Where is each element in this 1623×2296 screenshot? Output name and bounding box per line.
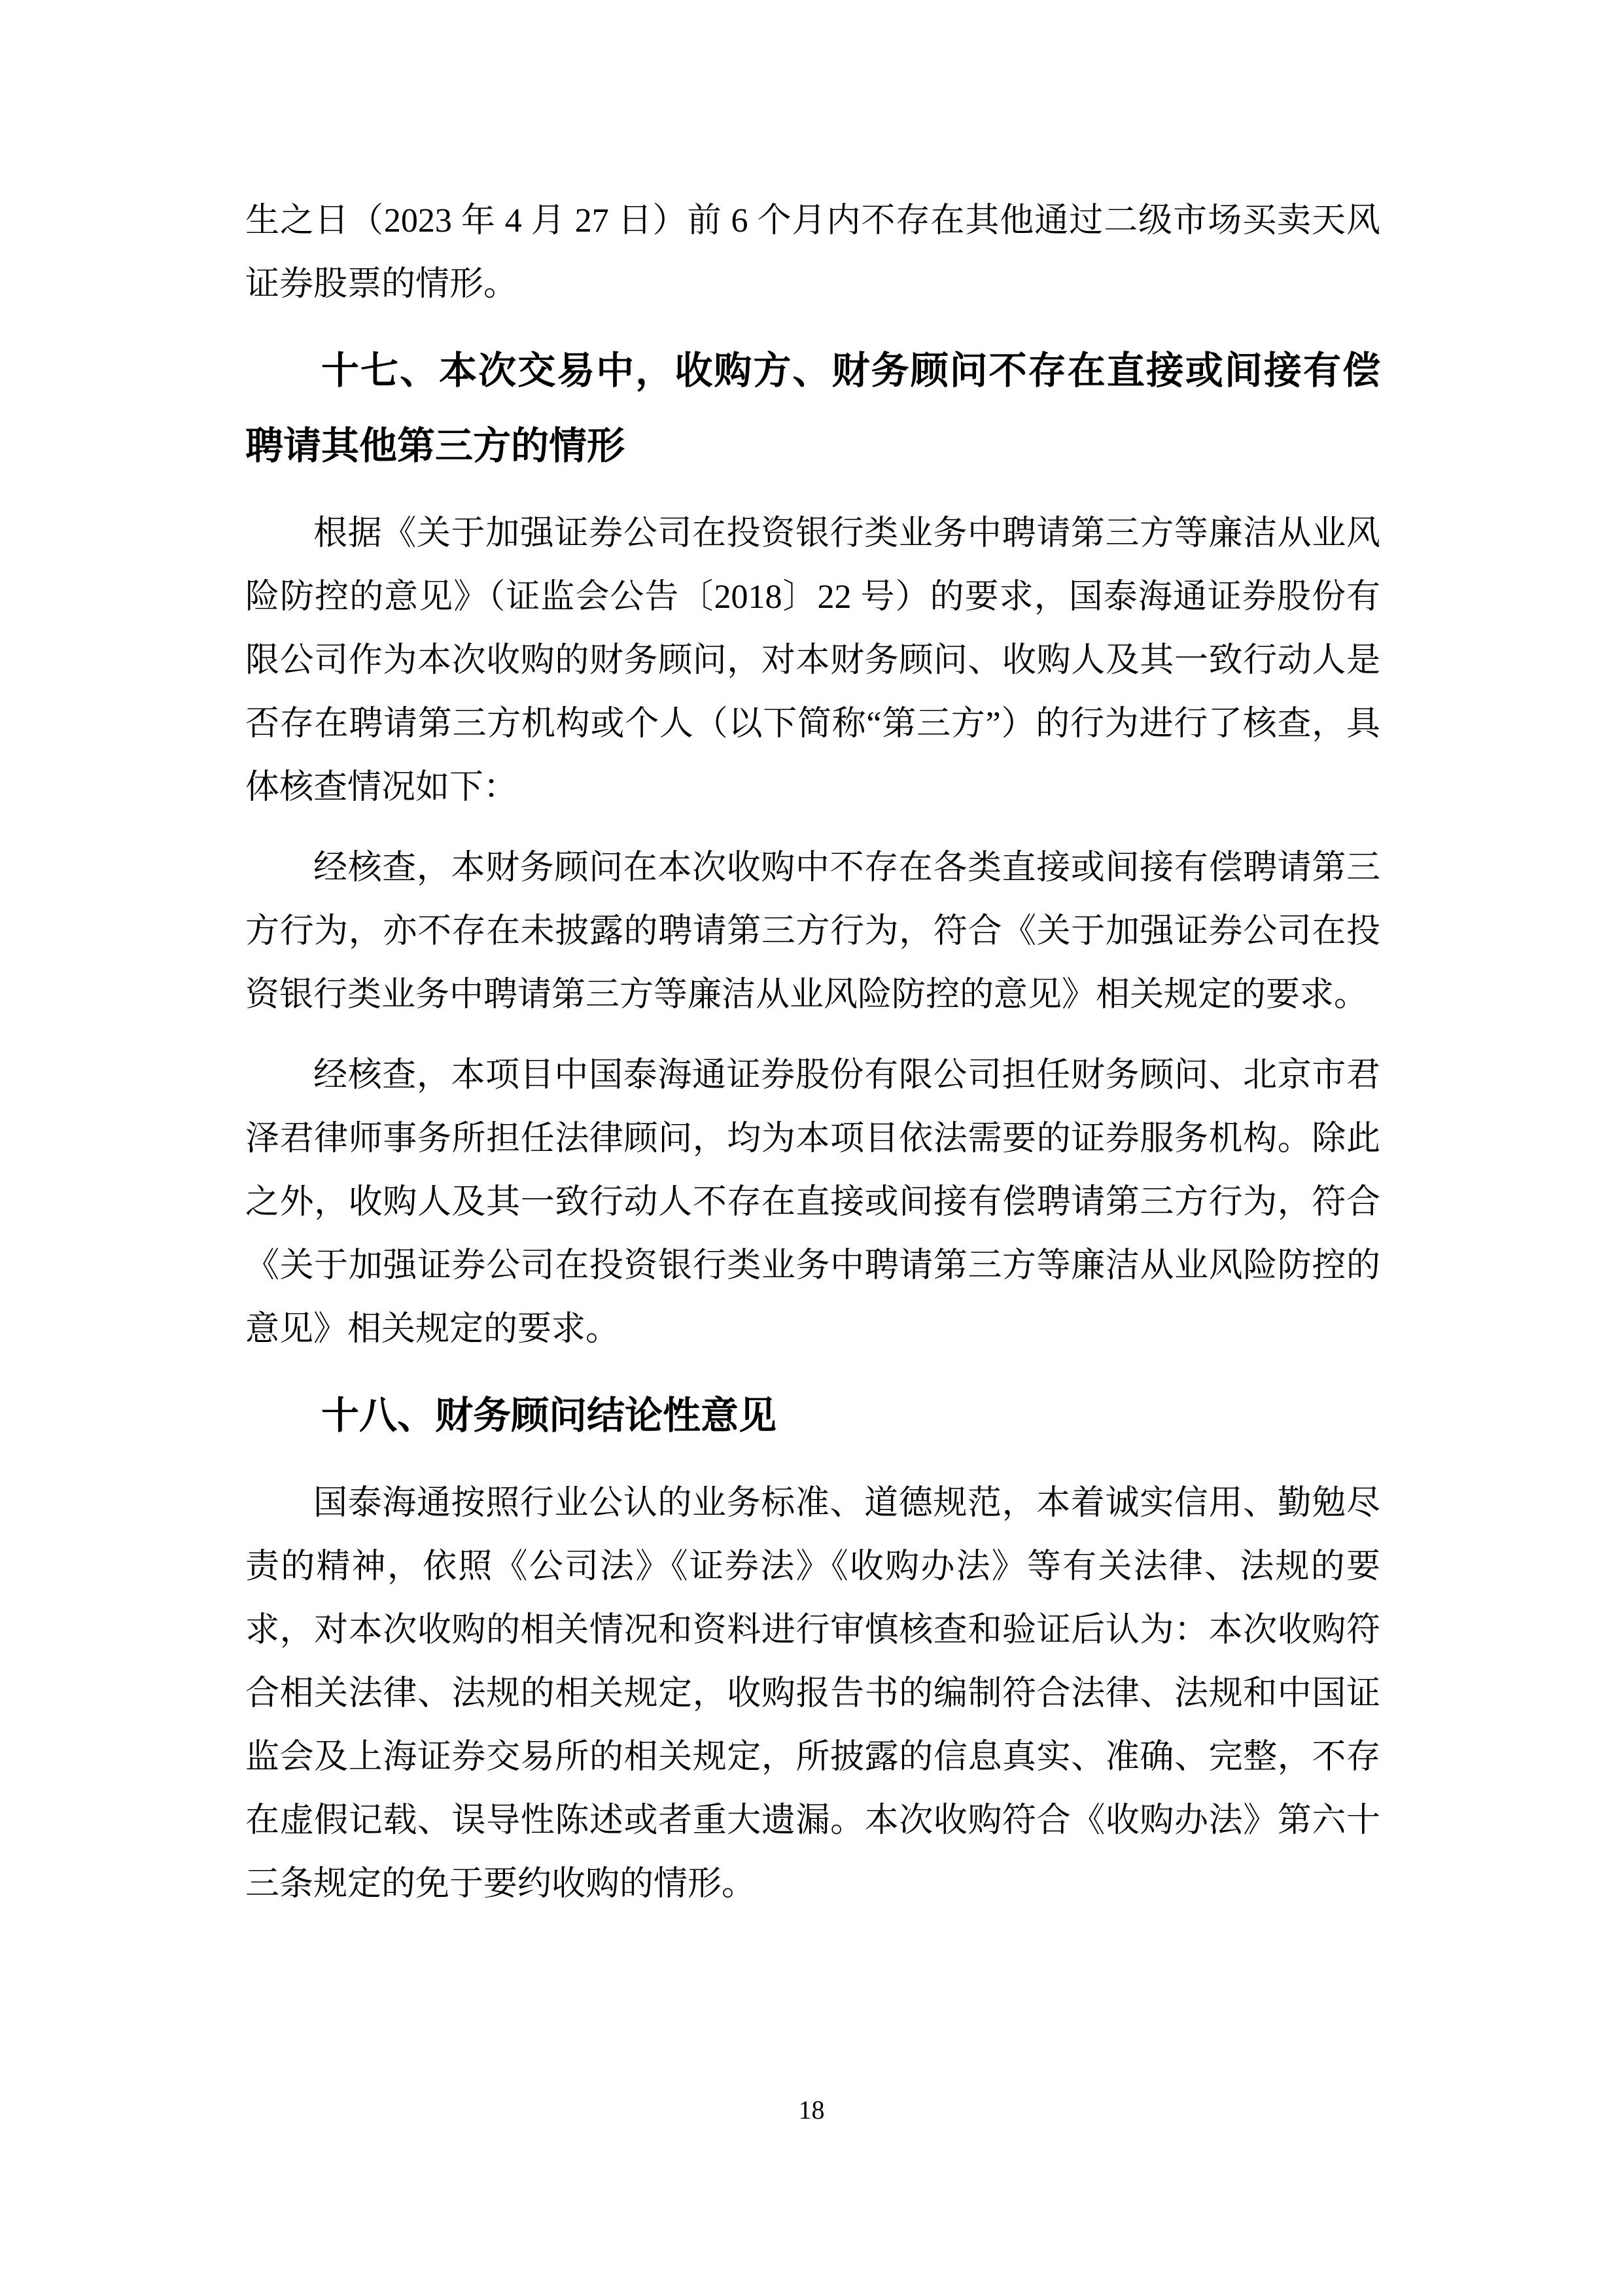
page-number: 18 <box>799 2095 825 2125</box>
page-body: 生之日（2023 年 4 月 27 日）前 6 个月内不存在其他通过二级市场买卖… <box>245 189 1380 1933</box>
section-17-paragraph-1: 根据《关于加强证券公司在投资银行类业务中聘请第三方等廉洁从业风险防控的意见》（证… <box>245 502 1380 819</box>
document-page: 生之日（2023 年 4 月 27 日）前 6 个月内不存在其他通过二级市场买卖… <box>0 0 1623 2296</box>
section-17-paragraph-2: 经核查，本财务顾问在本次收购中不存在各类直接或间接有偿聘请第三方行为，亦不存在未… <box>245 836 1380 1027</box>
section-17-heading: 十七、本次交易中，收购方、财务顾问不存在直接或间接有偿聘请其他第三方的情形 <box>245 333 1380 484</box>
continuation-paragraph: 生之日（2023 年 4 月 27 日）前 6 个月内不存在其他通过二级市场买卖… <box>245 189 1380 316</box>
section-18-heading: 十八、财务顾问结论性意见 <box>245 1378 1380 1453</box>
page-footer: 18 <box>0 2097 1623 2123</box>
section-17-paragraph-3: 经核查，本项目中国泰海通证券股份有限公司担任财务顾问、北京市君泽君律师事务所担任… <box>245 1044 1380 1361</box>
section-18-paragraph-1: 国泰海通按照行业公认的业务标准、道德规范，本着诚实信用、勤勉尽责的精神，依照《公… <box>245 1472 1380 1916</box>
